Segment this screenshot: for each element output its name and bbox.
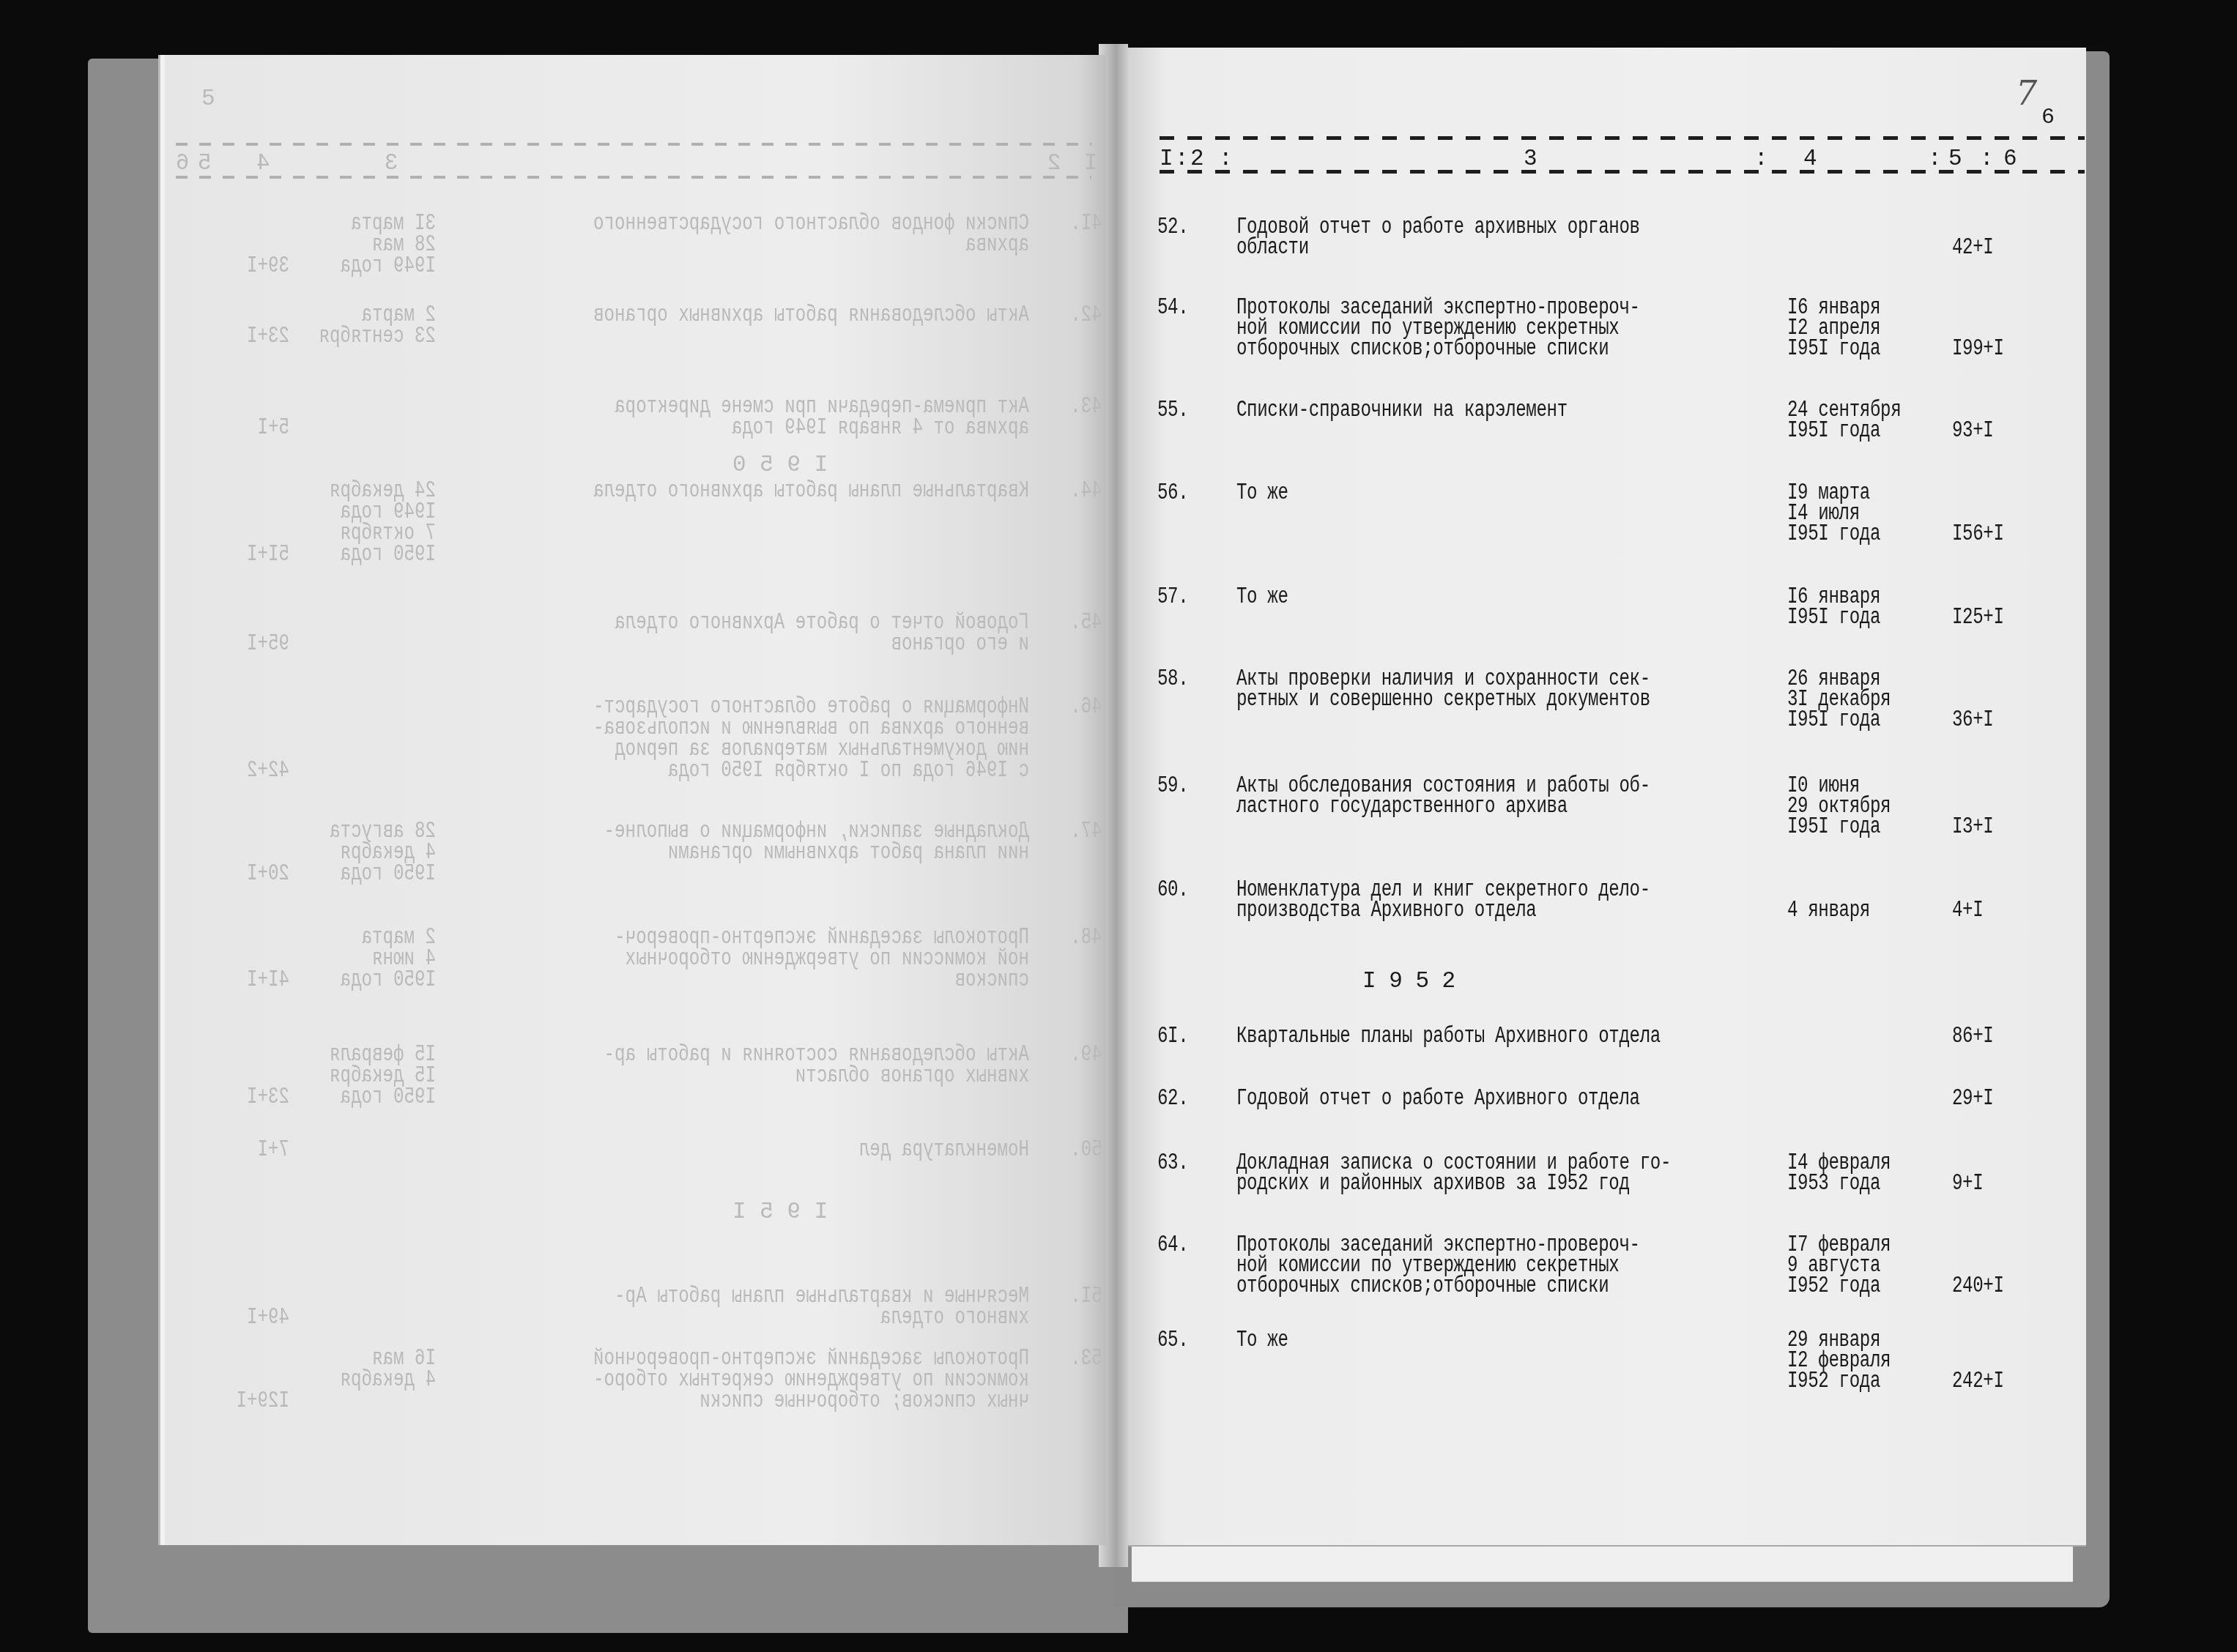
entry-sheet-count: 29+I (1952, 1087, 1993, 1110)
entry-title-line: отборочных списков;отборочные списки (1236, 1275, 1609, 1298)
ghost-entry-number: 4I. (1070, 212, 1102, 235)
entry-title-line: То же (1236, 586, 1288, 609)
entry-sheet-count: 86+I (1952, 1025, 1993, 1048)
ghost-entry-sheet-count: 20+I (247, 863, 289, 885)
ghost-entry-title-line: архива от 4 января I949 года (732, 417, 1029, 439)
entry-date-line: I95I года (1787, 709, 1880, 732)
ghost-column-header: 3 (385, 152, 398, 175)
ghost-entry-title-line: Номенклатура дел (859, 1139, 1029, 1161)
ghost-year-heading: I 9 5 I (732, 1201, 828, 1224)
ghost-entry-sheet-count: 7+I (257, 1139, 289, 1161)
ghost-entry-number: 48. (1070, 926, 1102, 949)
entry-title-line: То же (1236, 482, 1288, 505)
entry-number: 60. (1157, 879, 1188, 901)
entry-sheet-count: 93+I (1952, 420, 1993, 442)
ghost-entry-sheet-count: 5+I (257, 417, 289, 439)
ghost-entry-title-line: с I946 года по I октября I950 года (668, 759, 1029, 782)
ghost-entry-number: 53. (1070, 1347, 1102, 1370)
entry-number: 54. (1157, 297, 1188, 319)
ghost-entry-sheet-count: 95+I (247, 633, 289, 655)
entry-date-line: I953 года (1787, 1172, 1880, 1195)
ghost-entry-sheet-count: 23+I (247, 325, 289, 348)
ghost-entry-date-line: I950 года (340, 863, 436, 885)
column-header-2: 2 (1190, 148, 1203, 171)
entry-sheet-count: 240+I (1952, 1275, 2004, 1298)
ghost-column-header: 6 (176, 152, 190, 175)
ghost-entry-number: 46. (1070, 696, 1102, 718)
ghost-entry-title-line: чных списков; отборочные списки (700, 1390, 1029, 1413)
ghost-entry-date-line: I949 года (340, 255, 436, 278)
entry-number: 6I. (1157, 1025, 1188, 1048)
column-header-4: 4 (1803, 148, 1817, 171)
entry-title-line: области (1236, 237, 1309, 259)
entry-title-line: Годовой отчет о работе Архивного отдела (1236, 1087, 1640, 1110)
ghost-entry-title-line: хивного отдела (880, 1306, 1029, 1329)
ghost-entry-number: 43. (1070, 395, 1102, 418)
column-header-5: 5 (1948, 148, 1962, 171)
entry-number: 59. (1157, 775, 1188, 797)
page-number: 6 (2041, 105, 2055, 130)
entry-number: 56. (1157, 482, 1188, 505)
ghost-entry-date-line: I950 года (340, 969, 436, 991)
column-separator: : (1754, 148, 1767, 171)
ghost-entry-sheet-count: 4I+I (247, 969, 289, 991)
ghost-entry-sheet-count: I29+I (236, 1390, 289, 1413)
column-header-3: 3 (1524, 148, 1537, 171)
entry-date-line: I95I года (1787, 420, 1880, 442)
ghost-entry-number: 50. (1070, 1139, 1102, 1161)
ghost-entry-sheet-count: 39+I (247, 255, 289, 278)
entry-sheet-count: 4+I (1952, 899, 1983, 922)
column-separator: : (1219, 148, 1232, 171)
column-separator: : (1928, 148, 1941, 171)
entry-number: 57. (1157, 586, 1188, 609)
ghost-entry-number: 44. (1070, 480, 1102, 502)
entry-number: 65. (1157, 1329, 1188, 1352)
ghost-column-header: 2 (1047, 152, 1061, 175)
column-separator: : (1175, 148, 1188, 171)
entry-title-line: То же (1236, 1329, 1288, 1352)
entry-sheet-count: 9+I (1952, 1172, 1983, 1195)
entry-number: 52. (1157, 216, 1188, 239)
entry-sheet-count: I99+I (1952, 338, 2004, 360)
entry-date-line: I95I года (1787, 816, 1880, 838)
ghost-column-header: 4 (256, 152, 270, 175)
entry-date-line: I95I года (1787, 523, 1880, 546)
entry-number: 58. (1157, 668, 1188, 691)
ghost-entry-title-line: хивных органов области (795, 1065, 1029, 1087)
entry-date-line: I952 года (1787, 1370, 1880, 1393)
entry-sheet-count: I3+I (1952, 816, 1993, 838)
entry-number: 62. (1157, 1087, 1188, 1110)
ghost-entry-date-line: 23 сентября (319, 325, 436, 348)
entry-date-line: I952 года (1787, 1275, 1880, 1298)
ghost-entry-title-line: Акты обследования работы архивных органо… (593, 304, 1029, 327)
header-bottom-rule (1160, 170, 2085, 174)
ghost-entry-date-line: I950 года (340, 1086, 436, 1109)
ghost-entry-title-line: Списки фондов областного государственног… (593, 212, 1029, 235)
ghost-entry-number: 5I. (1070, 1285, 1102, 1308)
entry-title-line: производства Архивного отдела (1236, 899, 1537, 922)
entry-title-line: ластного государственного архива (1236, 795, 1568, 818)
ghost-entry-title-line: Квартальные планы работы архивного отдел… (593, 480, 1029, 502)
ghost-header-rule (176, 143, 1091, 146)
ghost-entry-number: 49. (1070, 1043, 1102, 1066)
ghost-entry-number: 47. (1070, 820, 1102, 843)
entry-sheet-count: 36+I (1952, 709, 1993, 732)
year-heading: I 9 5 2 (1362, 970, 1455, 993)
entry-title-line: Списки-справочники на карэлемент (1236, 399, 1568, 422)
handwritten-folio-number: 7 (2016, 73, 2037, 113)
ghost-entry-sheet-count: 23+I (247, 1086, 289, 1109)
ghost-entry-number: 42. (1070, 304, 1102, 327)
column-header-1: I (1160, 148, 1173, 171)
entry-number: 64. (1157, 1234, 1188, 1257)
ghost-entry-sheet-count: 5I+I (247, 543, 289, 566)
ghost-entry-date-line: 4 декабря (340, 1369, 436, 1391)
ghost-year-heading: I 9 5 0 (732, 454, 828, 477)
entry-number: 55. (1157, 399, 1188, 422)
ghost-header-rule (176, 176, 1091, 179)
ghost-entry-title-line: нии плана работ архивными органами (668, 841, 1029, 864)
ghost-entry-title-line: архива (965, 234, 1029, 256)
header-top-rule (1160, 136, 2085, 140)
entry-title-line: родских и районных архивов за I952 год (1236, 1172, 1630, 1195)
entry-date-line: 4 января (1787, 899, 1870, 922)
entry-date-line: I95I года (1787, 606, 1880, 629)
ghost-entry-sheet-count: 49+I (247, 1306, 289, 1329)
column-header-6: 6 (2003, 148, 2017, 171)
entry-sheet-count: I25+I (1952, 606, 2004, 629)
ghost-entry-date-line: I950 года (340, 543, 436, 566)
entry-sheet-count: I56+I (1952, 523, 2004, 546)
ghost-entry-number: 45. (1070, 611, 1102, 634)
entry-title-line: Квартальные планы работы Архивного отдел… (1236, 1025, 1661, 1048)
ghost-column-header: 5 (198, 152, 212, 175)
ghost-entry-title-line: и его органов (891, 633, 1029, 655)
ghost-entry-title-line: списков (954, 969, 1029, 991)
entry-title-line: отборочных списков;отборочные списки (1236, 338, 1609, 360)
ghost-entry-sheet-count: 42+2 (247, 759, 289, 782)
entry-title-line: ретных и совершенно секретных документов (1236, 688, 1650, 711)
entry-sheet-count: 242+I (1952, 1370, 2004, 1393)
entry-date-line: I95I года (1787, 338, 1880, 360)
entry-sheet-count: 42+I (1952, 237, 1993, 259)
ghost-column-header: I (1084, 152, 1098, 175)
column-separator: : (1980, 148, 1993, 171)
ghost-page-number: 5 (201, 88, 215, 111)
entry-number: 63. (1157, 1152, 1188, 1175)
